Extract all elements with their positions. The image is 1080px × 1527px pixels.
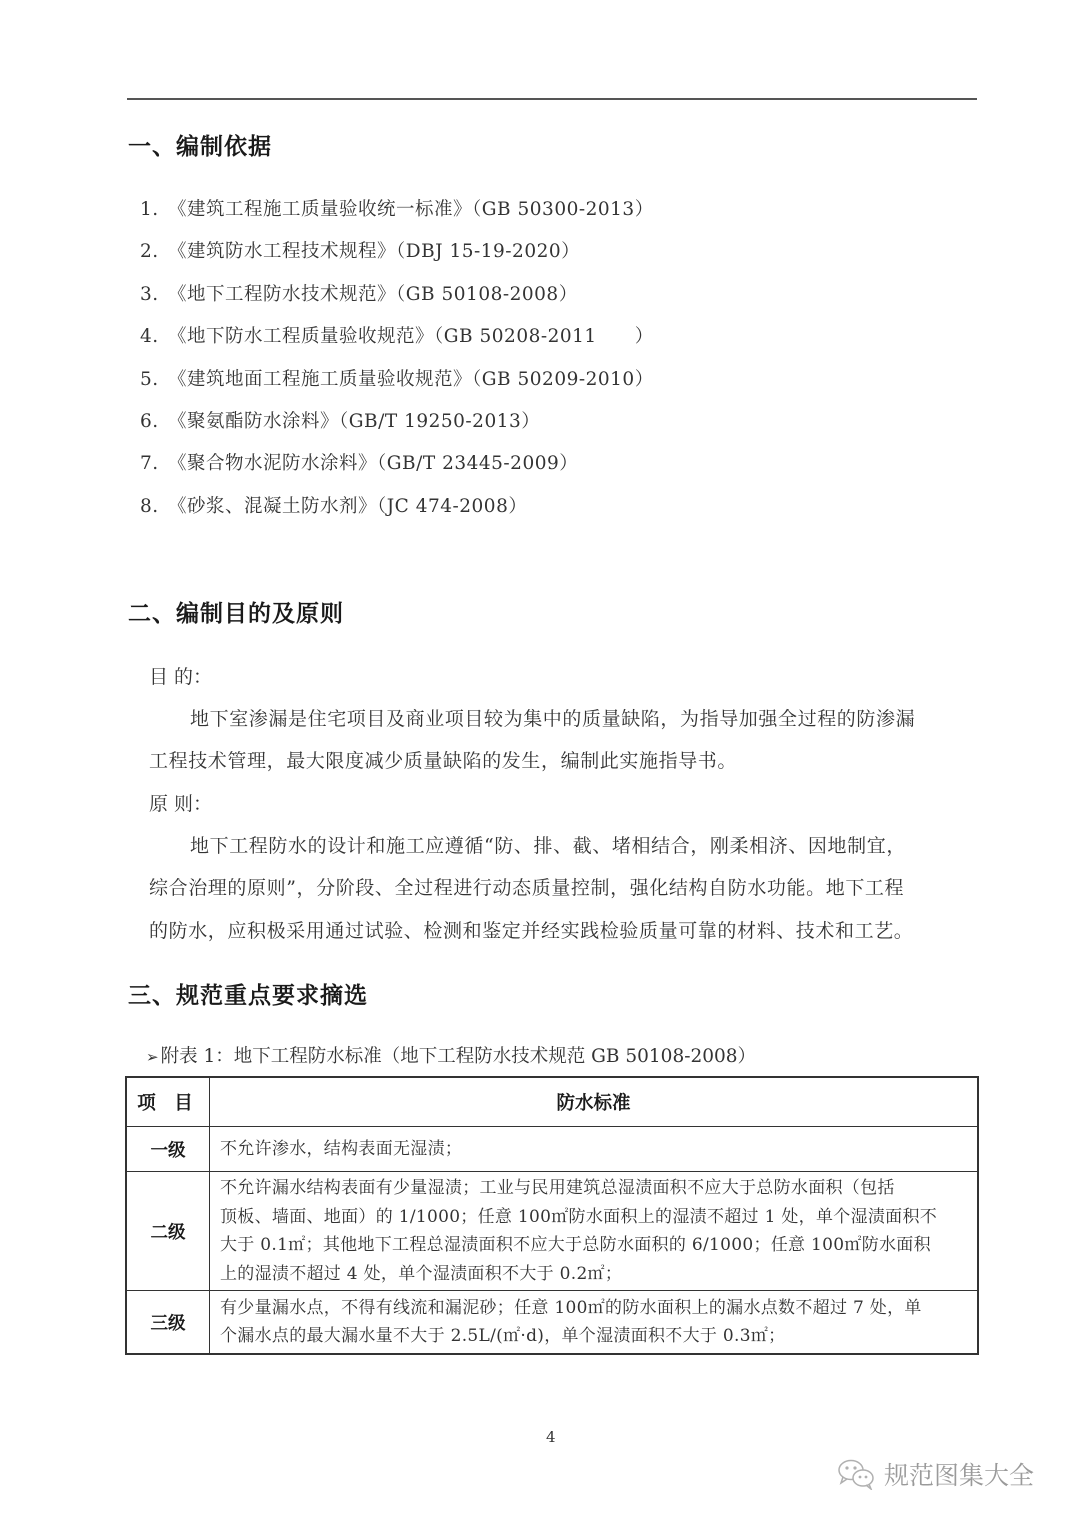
standard-cell: 不允许漏水结构表面有少量湿渍；工业与民用建筑总湿渍面积不应大于总防水面积（包括 … [210, 1172, 979, 1291]
reference-item: 8.《砂浆、混凝土防水剂》（JC 474-2008） [140, 492, 527, 518]
reference-item: 2.《建筑防水工程技术规程》（DBJ 15-19-2020） [140, 237, 580, 263]
arrow-bullet-icon: ➢ [146, 1048, 159, 1066]
reference-item: 4.《地下防水工程质量验收规范》（GB 50208-2011 ） [140, 322, 654, 348]
reference-number: 4. [140, 326, 168, 347]
reference-text: 《建筑工程施工质量验收统一标准》（GB 50300-2013） [168, 199, 654, 220]
page-number: 4 [546, 1428, 556, 1446]
reference-item: 5.《建筑地面工程施工质量验收规范》（GB 50209-2010） [140, 365, 654, 391]
header-rule [127, 98, 977, 100]
reference-text: 《聚氨酯防水涂料》（GB/T 19250-2013） [168, 411, 540, 432]
table-row: 二级 不允许漏水结构表面有少量湿渍；工业与民用建筑总湿渍面积不应大于总防水面积（… [126, 1172, 978, 1291]
reference-number: 3. [140, 284, 168, 305]
standard-cell: 有少量漏水点，不得有线流和漏泥砂；任意 100㎡的防水面积上的漏水点数不超过 7… [210, 1291, 979, 1355]
principle-label: 原 则： [149, 789, 212, 816]
standard-line: 上的湿渍不超过 4 处，单个湿渍面积不大于 0.2㎡； [220, 1260, 967, 1289]
waterproof-standard-table: 项 目 防水标准 一级 不允许渗水，结构表面无湿渍； 二级 不允许漏水结构表面有… [125, 1076, 979, 1355]
reference-number: 6. [140, 411, 168, 432]
reference-text: 《地下工程防水技术规范》（GB 50108-2008） [168, 284, 578, 305]
table-header-standard: 防水标准 [210, 1077, 979, 1127]
section-heading-basis: 一、编制依据 [128, 128, 272, 161]
wechat-icon [836, 1458, 878, 1490]
reference-text: 《地下防水工程质量验收规范》（GB 50208-2011 ） [168, 326, 654, 347]
principle-paragraph-line: 的防水，应积极采用通过试验、检测和鉴定并经实践检验质量可靠的材料、技术和工艺。 [149, 916, 913, 943]
standard-line: 大于 0.1㎡；其他地下工程总湿渍面积不应大于总防水面积的 6/1000；任意 … [220, 1231, 967, 1260]
reference-number: 1. [140, 199, 168, 220]
standard-cell: 不允许渗水，结构表面无湿渍； [210, 1127, 979, 1172]
table-header-item: 项 目 [126, 1077, 210, 1127]
reference-text: 《砂浆、混凝土防水剂》（JC 474-2008） [168, 496, 527, 517]
grade-cell: 一级 [126, 1127, 210, 1172]
principle-paragraph-line: 地下工程防水的设计和施工应遵循“防、排、截、堵相结合，刚柔相济、因地制宜， [190, 831, 906, 858]
grade-cell: 二级 [126, 1172, 210, 1291]
standard-line: 顶板、墙面、地面）的 1/1000；任意 100㎡防水面积上的湿渍不超过 1 处… [220, 1203, 967, 1232]
table-header-row: 项 目 防水标准 [126, 1077, 978, 1127]
reference-item: 3.《地下工程防水技术规范》（GB 50108-2008） [140, 280, 578, 306]
purpose-paragraph-line: 地下室渗漏是住宅项目及商业项目较为集中的质量缺陷，为指导加强全过程的防渗漏 [190, 704, 915, 731]
reference-text: 《建筑地面工程施工质量验收规范》（GB 50209-2010） [168, 369, 654, 390]
standard-line: 有少量漏水点，不得有线流和漏泥砂；任意 100㎡的防水面积上的漏水点数不超过 7… [220, 1294, 967, 1323]
reference-item: 1.《建筑工程施工质量验收统一标准》（GB 50300-2013） [140, 195, 654, 221]
table-row: 一级 不允许渗水，结构表面无湿渍； [126, 1127, 978, 1172]
reference-number: 2. [140, 241, 168, 262]
standard-line: 不允许漏水结构表面有少量湿渍；工业与民用建筑总湿渍面积不应大于总防水面积（包括 [220, 1174, 967, 1203]
reference-number: 7. [140, 453, 168, 474]
reference-item: 7.《聚合物水泥防水涂料》（GB/T 23445-2009） [140, 449, 578, 475]
reference-number: 5. [140, 369, 168, 390]
section-heading-key-requirements: 三、规范重点要求摘选 [128, 977, 368, 1010]
table-caption-text: 附表 1：地下工程防水标准（地下工程防水技术规范 GB 50108-2008） [161, 1046, 756, 1067]
reference-text: 《聚合物水泥防水涂料》（GB/T 23445-2009） [168, 453, 578, 474]
purpose-paragraph-line: 工程技术管理，最大限度减少质量缺陷的发生，编制此实施指导书。 [149, 746, 737, 773]
document-page: 一、编制依据 1.《建筑工程施工质量验收统一标准》（GB 50300-2013）… [0, 0, 1080, 1527]
reference-text: 《建筑防水工程技术规程》（DBJ 15-19-2020） [168, 241, 580, 262]
reference-number: 8. [140, 496, 168, 517]
purpose-label: 目 的： [149, 662, 212, 689]
standard-line: 不允许渗水，结构表面无湿渍； [220, 1135, 967, 1164]
watermark-text: 规范图集大全 [884, 1456, 1034, 1492]
table-caption: ➢附表 1：地下工程防水标准（地下工程防水技术规范 GB 50108-2008） [146, 1042, 756, 1068]
principle-paragraph-line: 综合治理的原则”，分阶段、全过程进行动态质量控制，强化结构自防水功能。地下工程 [149, 873, 904, 900]
standard-line: 个漏水点的最大漏水量不大于 2.5L/(㎡·d)，单个湿渍面积不大于 0.3㎡； [220, 1322, 967, 1351]
watermark: 规范图集大全 [836, 1456, 1034, 1492]
section-heading-purpose: 二、编制目的及原则 [128, 595, 344, 628]
grade-cell: 三级 [126, 1291, 210, 1355]
table-row: 三级 有少量漏水点，不得有线流和漏泥砂；任意 100㎡的防水面积上的漏水点数不超… [126, 1291, 978, 1355]
reference-item: 6.《聚氨酯防水涂料》（GB/T 19250-2013） [140, 407, 540, 433]
